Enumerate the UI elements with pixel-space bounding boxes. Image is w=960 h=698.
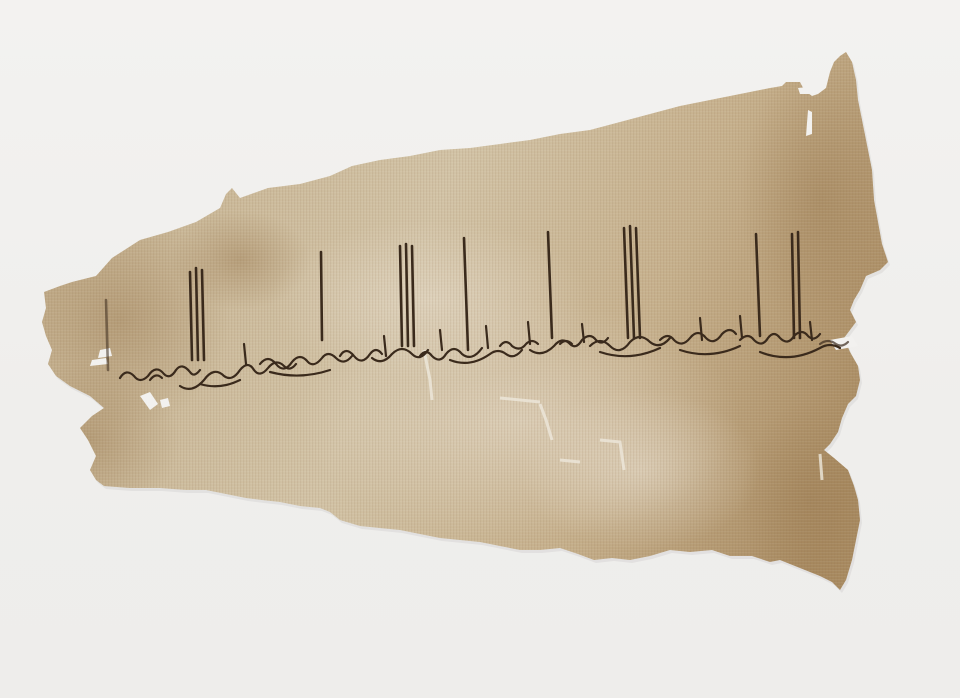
photo-stage: Linen textile fragment (tiraz) with embr… [0, 0, 960, 698]
textile-fragment [0, 0, 960, 698]
